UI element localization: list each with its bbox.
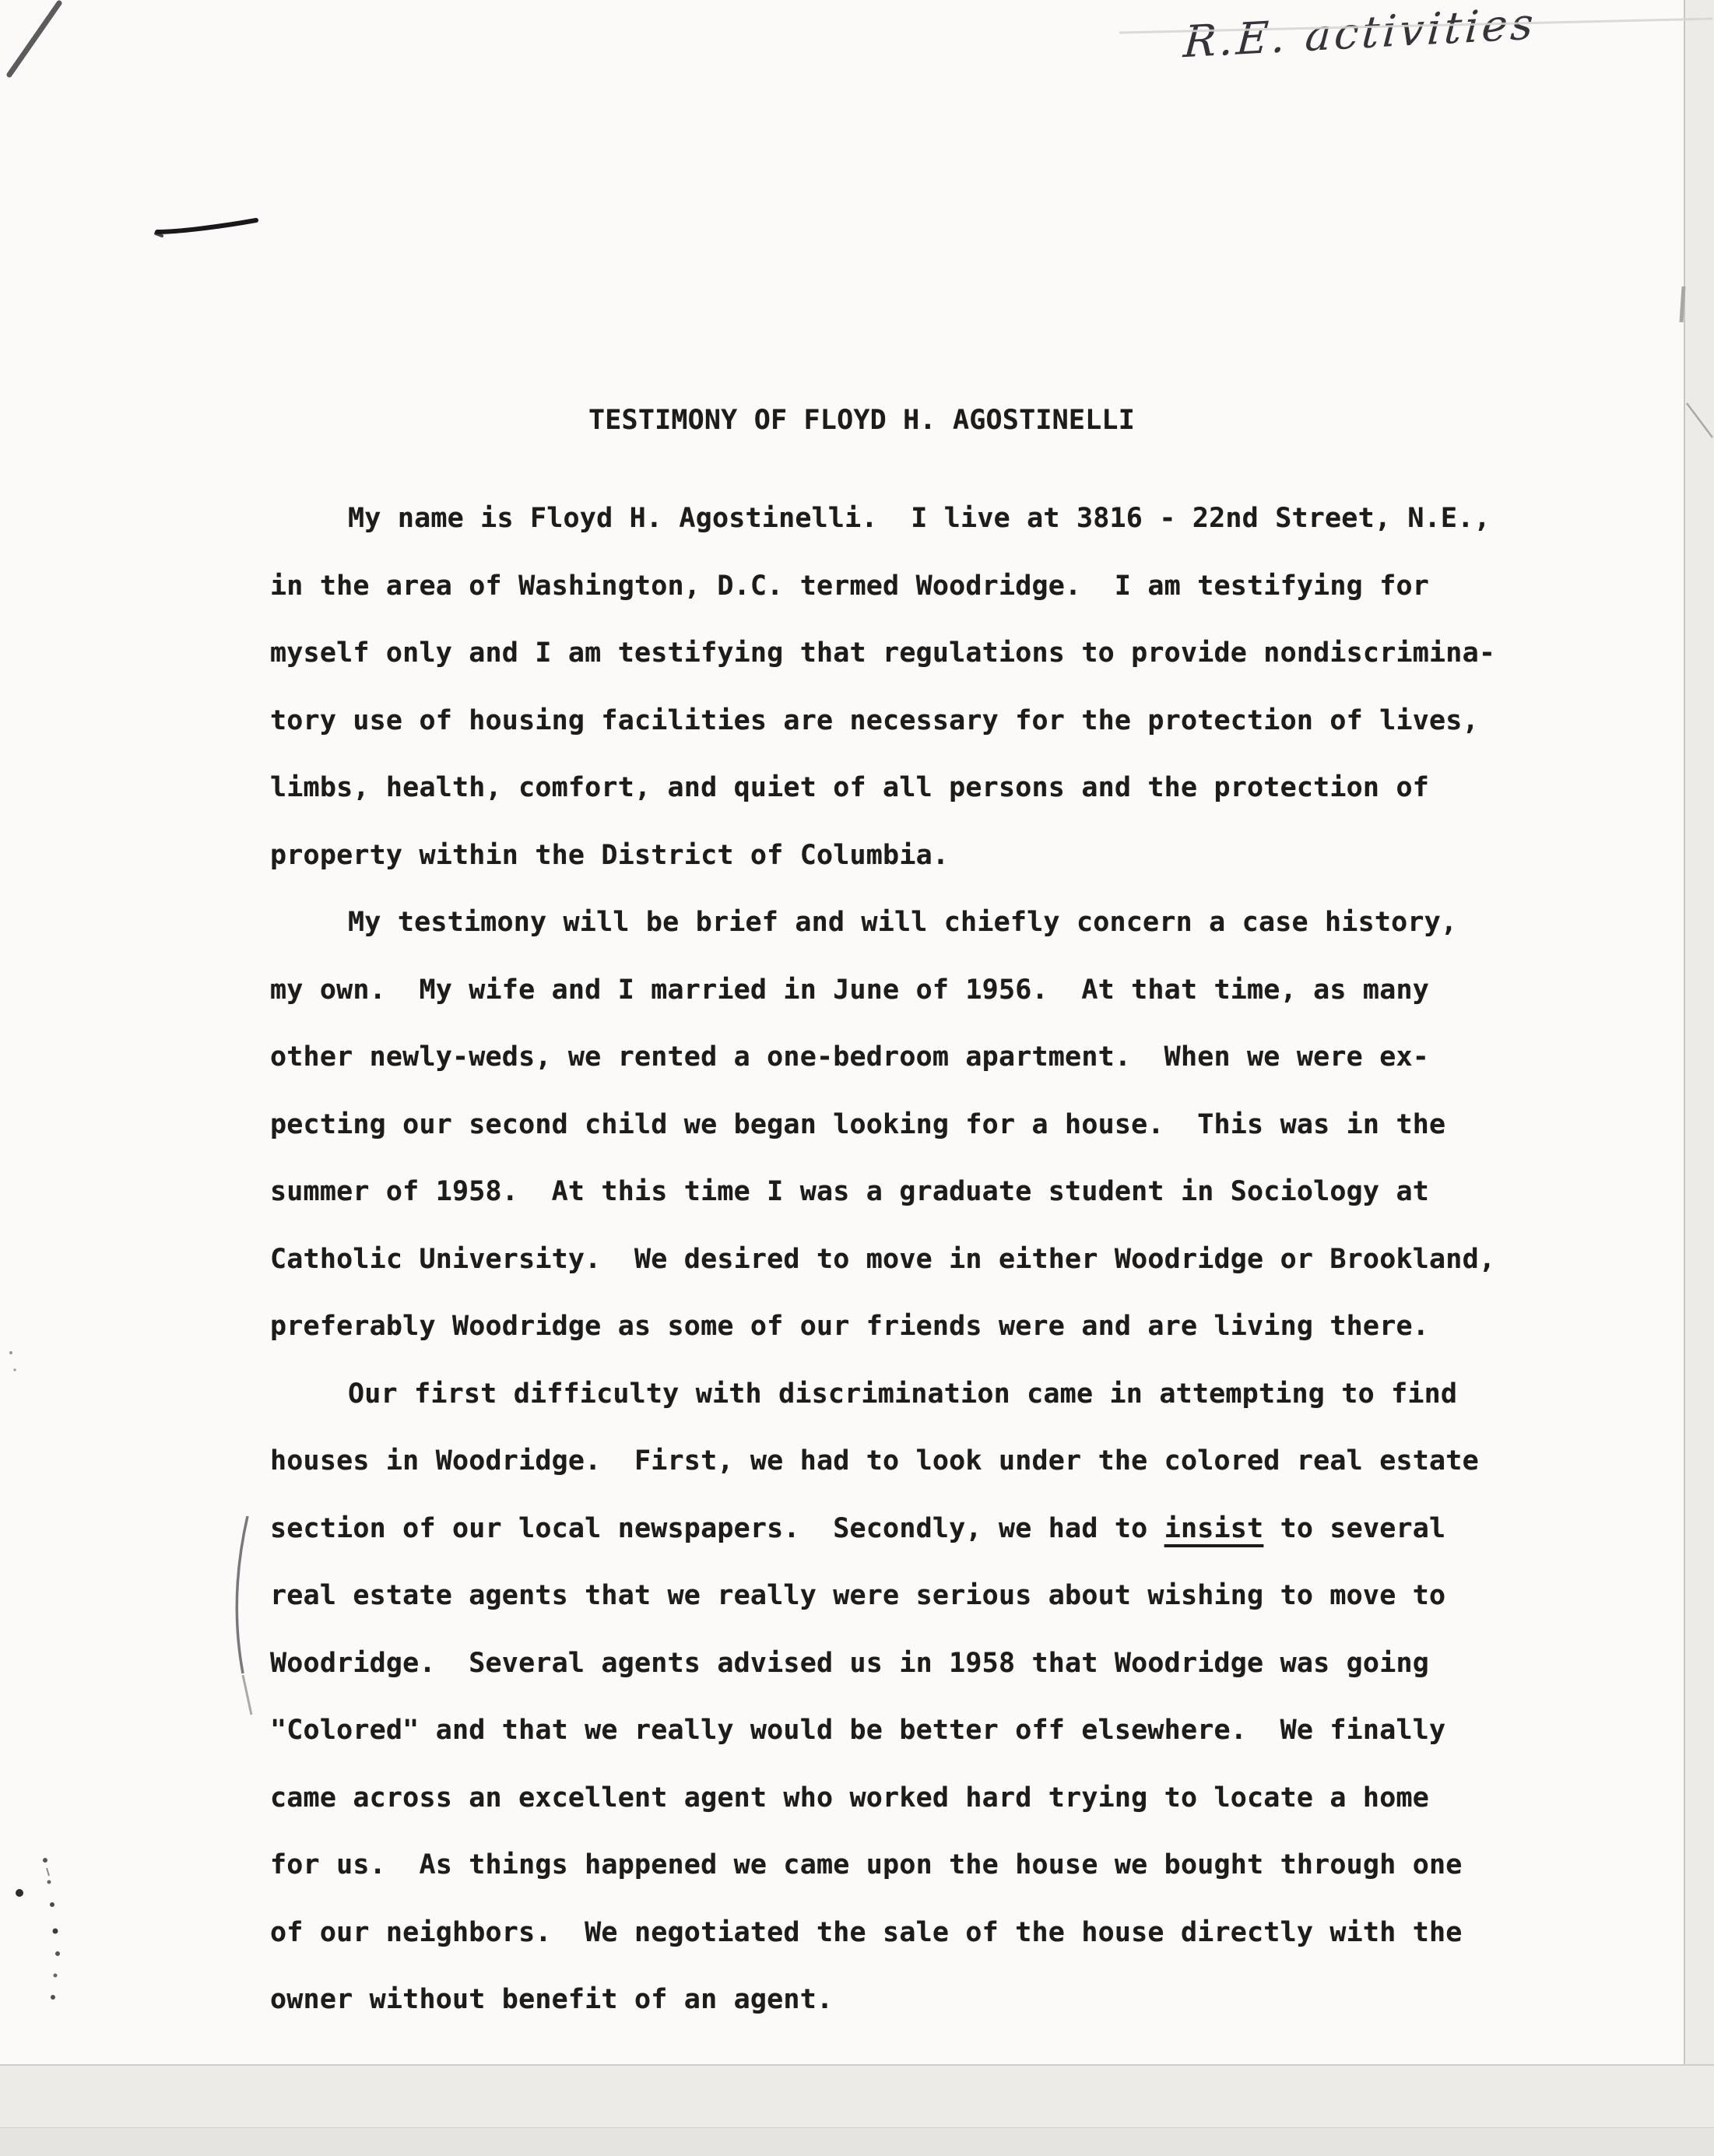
text-segment: pecting our second child we began lookin… xyxy=(270,1109,1445,1140)
text-segment: section of our local newspapers. Secondl… xyxy=(270,1513,1164,1544)
paper-edge-artifacts xyxy=(1119,19,1712,437)
text-segment: Woodridge. Several agents advised us in … xyxy=(270,1648,1429,1679)
text-segment: owner without benefit of an agent. xyxy=(270,1984,833,2015)
text-segment: limbs, health, comfort, and quiet of all… xyxy=(270,772,1429,803)
text-line: myself only and I am testifying that reg… xyxy=(270,620,1593,687)
text-line: preferably Woodridge as some of our frie… xyxy=(270,1293,1593,1361)
text-line: summer of 1958. At this time I was a gra… xyxy=(270,1158,1593,1226)
ink-speck-marks xyxy=(9,1351,60,2000)
text-line: my own. My wife and I married in June of… xyxy=(270,957,1593,1024)
text-line: limbs, health, comfort, and quiet of all… xyxy=(270,754,1593,822)
underlined-word: insist xyxy=(1164,1513,1264,1544)
text-line: Catholic University. We desired to move … xyxy=(270,1226,1593,1294)
text-line: My testimony will be brief and will chie… xyxy=(270,889,1593,957)
paper-bottom-shadow xyxy=(0,2127,1714,2156)
text-line: real estate agents that we really were s… xyxy=(270,1562,1593,1630)
scanned-document-page: R.E. activities TESTIMONY OF FLOYD H. AG… xyxy=(0,0,1714,2156)
text-segment: real estate agents that we really were s… xyxy=(270,1580,1445,1611)
text-line: pecting our second child we began lookin… xyxy=(270,1091,1593,1159)
text-line: houses in Woodridge. First, we had to lo… xyxy=(270,1427,1593,1495)
text-line: My name is Floyd H. Agostinelli. I live … xyxy=(270,485,1593,553)
handwritten-annotation: R.E. activities xyxy=(1182,0,1537,68)
pen-slash-mark xyxy=(9,3,59,75)
text-segment: property within the District of Columbia… xyxy=(270,840,949,871)
text-segment: My name is Floyd H. Agostinelli. I live … xyxy=(348,503,1491,534)
text-line: of our neighbors. We negotiated the sale… xyxy=(270,1899,1593,1967)
text-line: for us. As things happened we came upon … xyxy=(270,1831,1593,1899)
margin-parenthesis-mark xyxy=(237,1516,251,1715)
text-line: owner without benefit of an agent. xyxy=(270,1966,1593,2034)
text-segment: of our neighbors. We negotiated the sale… xyxy=(270,1917,1463,1948)
page-title: TESTIMONY OF FLOYD H. AGOSTINELLI xyxy=(588,405,1135,436)
text-line: tory use of housing facilities are neces… xyxy=(270,687,1593,755)
text-segment: Catholic University. We desired to move … xyxy=(270,1244,1495,1275)
text-segment: houses in Woodridge. First, we had to lo… xyxy=(270,1445,1479,1477)
text-segment: my own. My wife and I married in June of… xyxy=(270,974,1429,1006)
text-segment: "Colored" and that we really would be be… xyxy=(270,1715,1445,1746)
text-line: property within the District of Columbia… xyxy=(270,822,1593,890)
text-segment: other newly-weds, we rented a one-bedroo… xyxy=(270,1041,1429,1073)
text-segment: My testimony will be brief and will chie… xyxy=(348,907,1457,938)
text-segment: summer of 1958. At this time I was a gra… xyxy=(270,1176,1429,1207)
text-line: in the area of Washington, D.C. termed W… xyxy=(270,553,1593,620)
text-segment: preferably Woodridge as some of our frie… xyxy=(270,1311,1429,1342)
text-line: other newly-weds, we rented a one-bedroo… xyxy=(270,1024,1593,1091)
text-segment: came across an excellent agent who worke… xyxy=(270,1782,1429,1814)
pen-dash-mark xyxy=(156,220,256,236)
typed-text: My name is Floyd H. Agostinelli. I live … xyxy=(270,485,1593,2034)
text-line: came across an excellent agent who worke… xyxy=(270,1764,1593,1832)
text-segment: tory use of housing facilities are neces… xyxy=(270,705,1479,736)
text-segment: for us. As things happened we came upon … xyxy=(270,1849,1463,1880)
text-line: Our first difficulty with discrimination… xyxy=(270,1361,1593,1428)
text-line: "Colored" and that we really would be be… xyxy=(270,1697,1593,1764)
text-segment: in the area of Washington, D.C. termed W… xyxy=(270,571,1429,602)
text-segment: Our first difficulty with discrimination… xyxy=(348,1378,1457,1410)
text-line: Woodridge. Several agents advised us in … xyxy=(270,1630,1593,1698)
paper-right-edge xyxy=(1684,0,1714,2156)
text-segment: to several xyxy=(1263,1513,1445,1544)
text-line: section of our local newspapers. Secondl… xyxy=(270,1495,1593,1563)
text-segment: myself only and I am testifying that reg… xyxy=(270,637,1495,669)
